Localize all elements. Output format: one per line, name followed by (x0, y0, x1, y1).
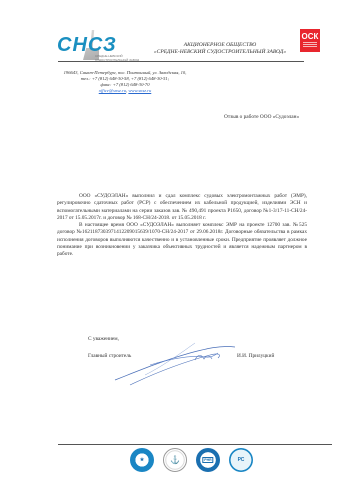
email-link[interactable]: office@snsz.ru (99, 88, 126, 93)
seal-rnr-icon: РНR (196, 448, 220, 472)
body-paragraph: ООО «СУДОЭЛАН» выполнил и сдал комплекс … (57, 193, 307, 222)
letter-body: ООО «СУДОЭЛАН» выполнил и сдал комплекс … (57, 193, 307, 259)
osk-logo-subtitle-icon (303, 42, 317, 48)
osk-logo: ОСК (300, 29, 320, 52)
footer-divider (58, 444, 332, 445)
company-name: «СРЕДНЕ-НЕВСКИЙ СУДОСТРОИТЕЛЬНЫЙ ЗАВОД» (140, 49, 300, 56)
seal-star-icon: ★ (130, 448, 154, 472)
letter-subject: Отзыв о работе ООО «Судоэлан» (224, 114, 299, 120)
company-type: АКЦИОНЕРНОЕ ОБЩЕСТВО (140, 42, 300, 49)
header-divider (58, 61, 304, 62)
company-header: АКЦИОНЕРНОЕ ОБЩЕСТВО «СРЕДНЕ-НЕВСКИЙ СУД… (140, 42, 300, 56)
seal-rs-icon: РС (229, 448, 253, 472)
sneb-logo: СНСЗ СРЕДНЕ-НЕВСКИЙ СУДОСТРОИТЕЛЬНЫЙ ЗАВ… (55, 32, 145, 62)
contact-links: office@snsz.ru, www.snsz.ru (60, 88, 190, 94)
body-paragraph: В настоящее время ООО «СУДОЭЛАН» выполня… (57, 222, 307, 258)
website-link[interactable]: www.snsz.ru (128, 88, 151, 93)
signature-icon (110, 335, 250, 390)
osk-logo-text: ОСК (300, 32, 320, 41)
seal-anchor-icon: ⚓ (163, 448, 187, 472)
company-address: 196643, Санкт-Петербург, пос. Понтонный,… (60, 70, 190, 94)
certification-seals: ★ ⚓ РНR РС (130, 448, 260, 472)
